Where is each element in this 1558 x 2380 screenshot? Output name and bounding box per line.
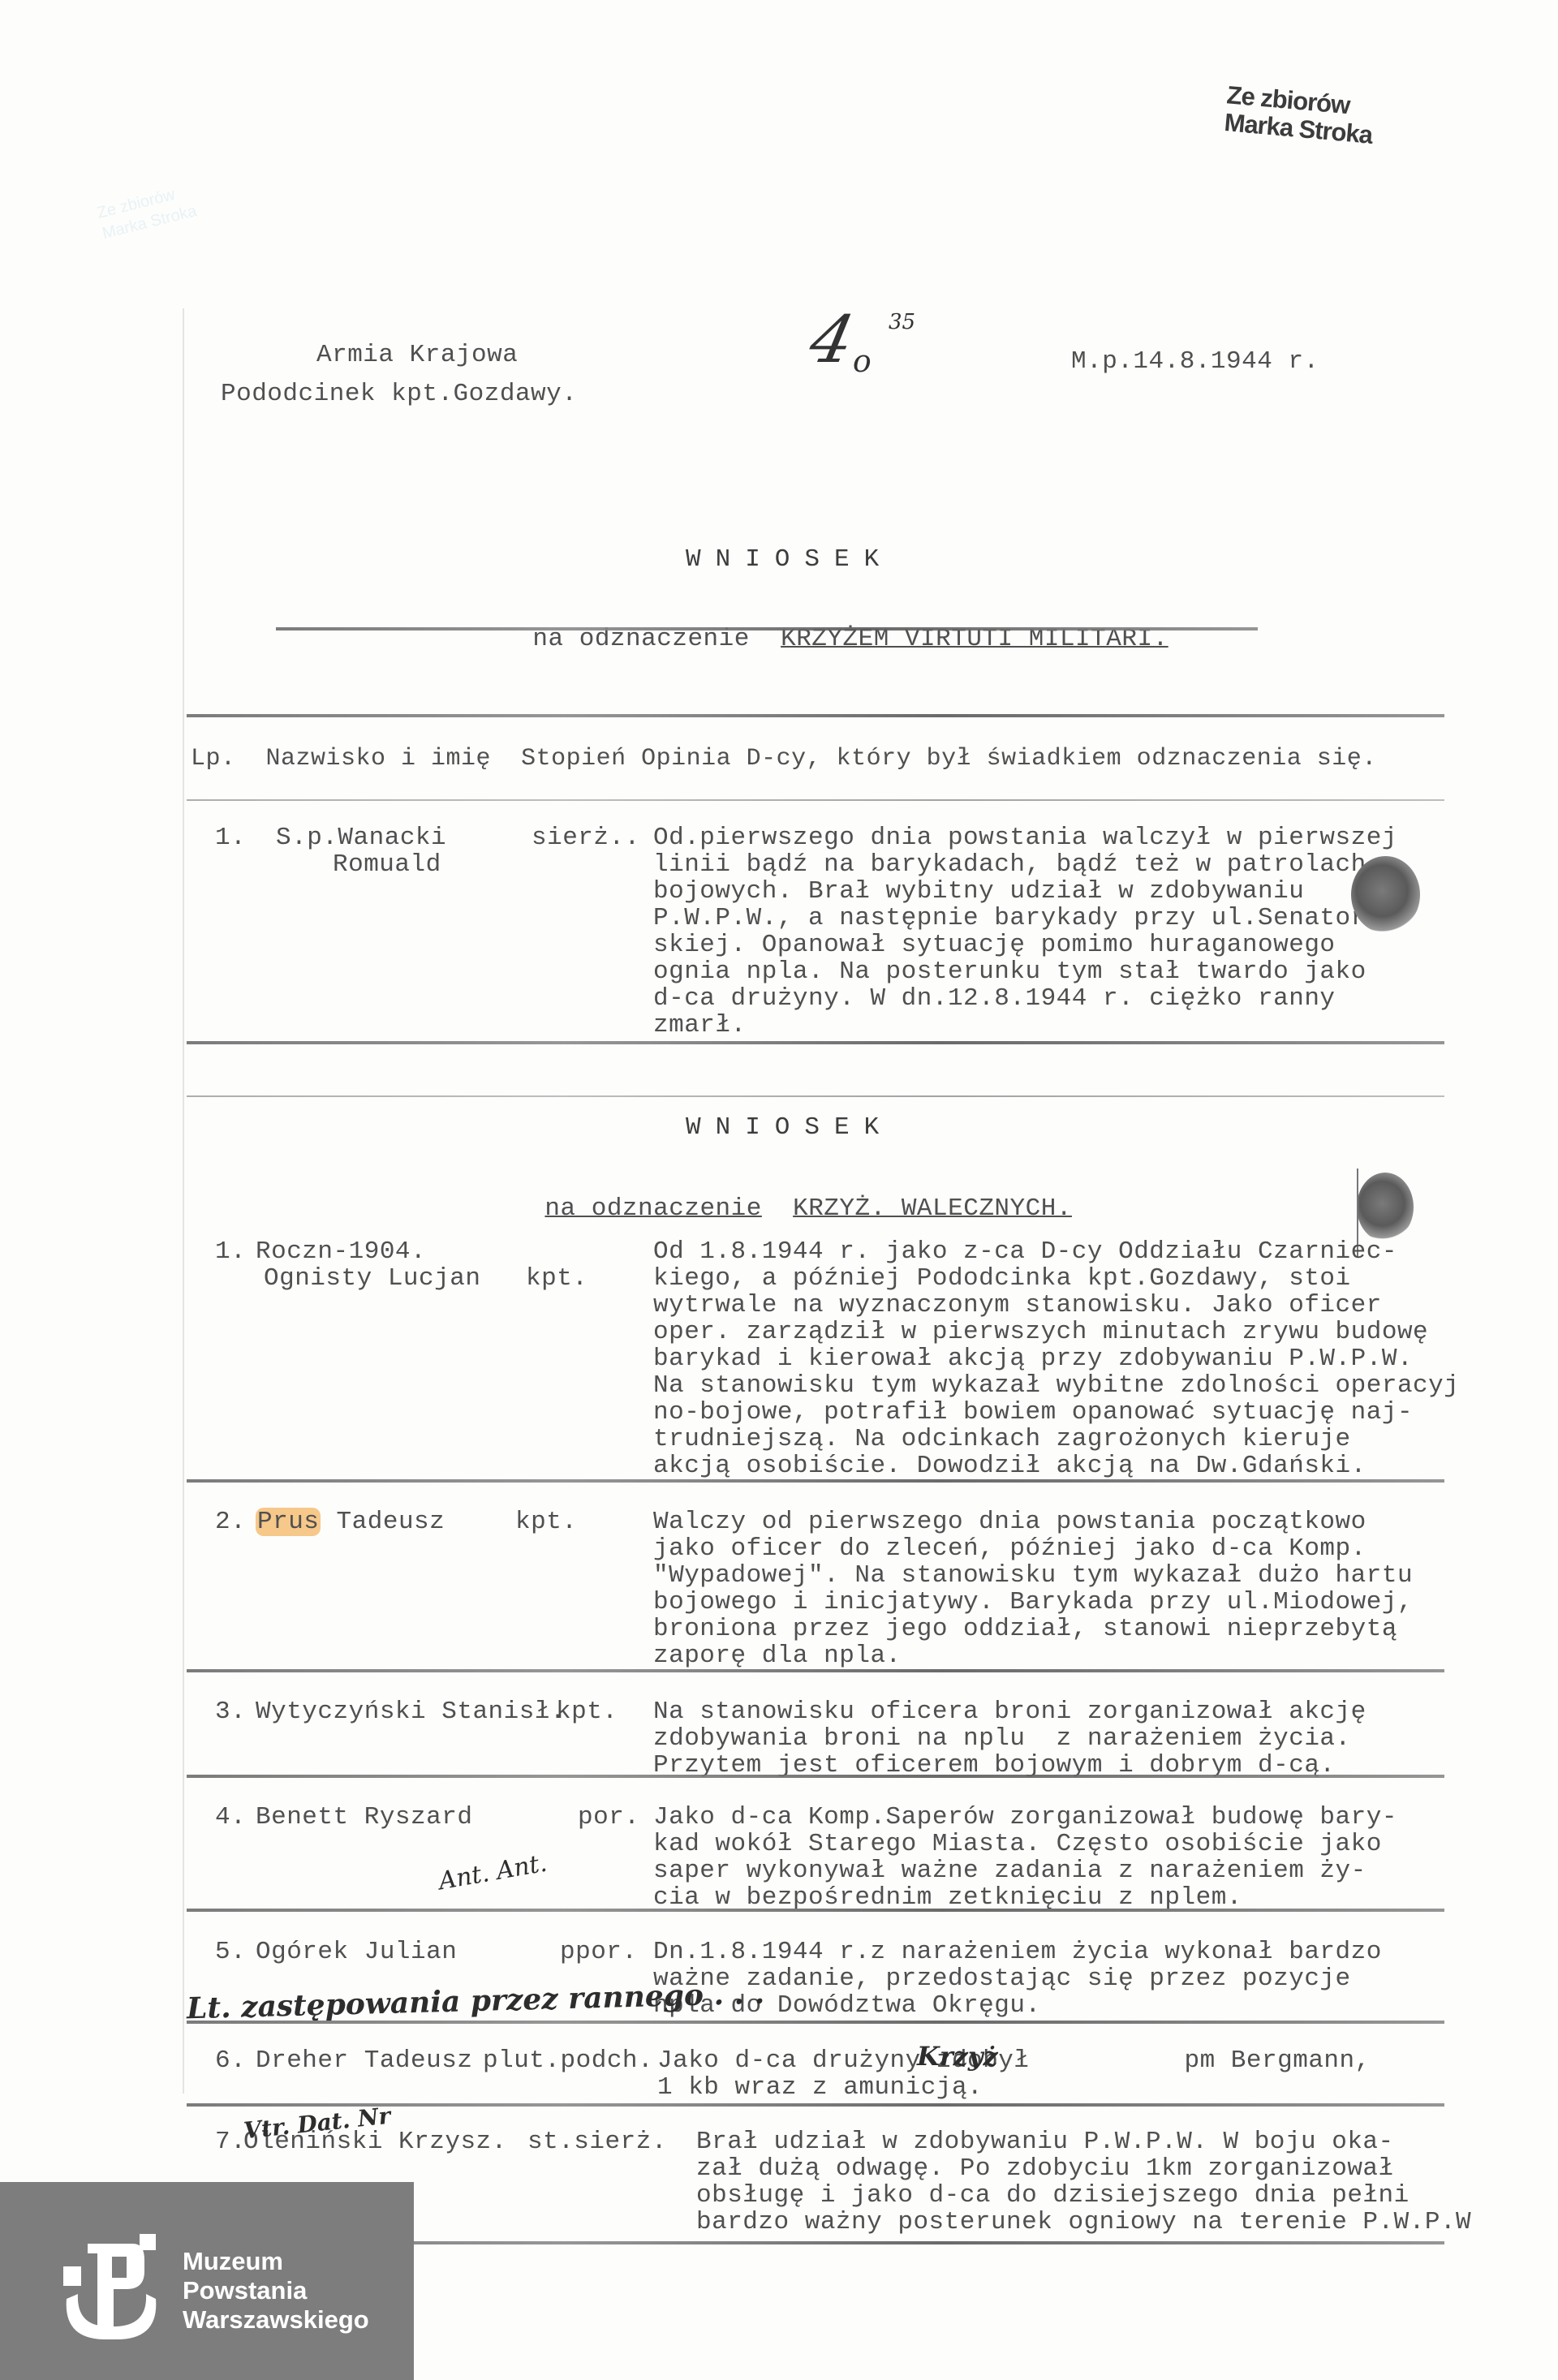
museum-name: Muzeum Powstania Warszawskiego: [183, 2247, 369, 2335]
entry-rank: st.sierż.: [527, 2128, 667, 2156]
rule: [187, 1909, 1444, 1912]
entry-name: Benett Ryszard: [256, 1803, 472, 1831]
opinion-line: broniona przez jego oddział, stanowi nie…: [653, 1615, 1397, 1643]
opinion-line: "Wypadowej". Na stanowisku tym wykazał d…: [653, 1561, 1413, 1590]
opinion-line: Jako d-ca drużyny zdobył pm Bergmann,: [657, 2046, 1371, 2075]
entry-lp: 4.: [215, 1803, 246, 1831]
entry-rank: sierż..: [532, 824, 640, 852]
entry-rank: ppor.: [560, 1938, 638, 1966]
opinion-line: linii bądź na barykadach, bądź też w pat…: [653, 850, 1366, 879]
opinion-line: Na stanowisku oficera broni zorganizował…: [653, 1698, 1366, 1726]
entry-firstname: Tadeusz: [337, 1508, 445, 1536]
museum-logo-badge: Muzeum Powstania Warszawskiego: [0, 2182, 414, 2380]
opinion-line: kad wokół Starego Miasta. Często osobiśc…: [653, 1830, 1382, 1858]
highlighted-surname: Prus: [256, 1508, 321, 1536]
opinion-line: akcją osobiście. Dowodził akcją na Dw.Gd…: [653, 1452, 1366, 1480]
handwritten-archive-number: 4o35: [811, 302, 872, 377]
entry-name-2: Ognisty Lucjan: [264, 1264, 480, 1293]
scanned-document: Ze zbiorów Marka Stroka Ze zbiorów Marka…: [0, 0, 1558, 2380]
org-line2: Pododcinek kpt.Gozdawy.: [221, 380, 577, 408]
entry-lp: 7.: [215, 2128, 246, 2156]
opinion-line: 1 kb wraz z amunicją.: [657, 2073, 983, 2102]
opinion-line: skiej. Opanował sytuację pomimo huragano…: [653, 931, 1336, 959]
rule: [276, 627, 1258, 631]
opinion-line: d-ca drużyny. W dn.12.8.1944 r. ciężko r…: [653, 984, 1336, 1013]
entry-name: Roczn-1904.: [256, 1237, 426, 1266]
entry-lp: 1.: [215, 824, 246, 852]
opinion-line: obsługę i jako d-ca do dzisiejszego dnia…: [696, 2181, 1410, 2210]
rule: [187, 714, 1444, 717]
opinion-line: Brał udział w zdobywaniu P.W.P.W. W boju…: [696, 2128, 1394, 2156]
opinion-line: zmarł.: [653, 1011, 747, 1039]
section2-title: WNIOSEK: [686, 1113, 893, 1142]
opinion-line: Na stanowisku tym wykazał wybitne zdolno…: [653, 1371, 1459, 1400]
entry-lp: 3.: [215, 1698, 246, 1726]
opinion-line: saper wykonywał ważne zadania z narażeni…: [653, 1857, 1366, 1885]
handwritten-left-note: Ant. Ant.: [437, 1849, 549, 1896]
entry-rank: kpt.: [526, 1264, 587, 1293]
ink-blot: [1357, 1173, 1414, 1242]
opinion-line: bardzo ważny posterunek ogniowy na teren…: [696, 2208, 1471, 2236]
collection-note: Ze zbiorów Marka Stroka: [1223, 81, 1375, 149]
entry-name-2: Romuald: [333, 850, 441, 879]
anchor-kotwica-icon: [55, 2229, 169, 2343]
rule: [187, 1669, 1444, 1672]
faint-collection-stamp: Ze zbiorów Marka Stroka: [95, 164, 270, 274]
opinion-line: cia w bezpośrednim zetknięciu z nplem.: [653, 1883, 1242, 1912]
entry-lp: 2.: [215, 1508, 246, 1536]
entry-name: Wytyczyński Stanisł.: [256, 1698, 566, 1726]
museum-name-line2: Powstania: [183, 2276, 369, 2305]
org-line1: Armia Krajowa: [316, 341, 518, 369]
rule: [187, 1775, 1444, 1778]
section1-subtitle: na odznaczenie KRZYŻEM VIRTUTI MILITARI.: [471, 596, 1168, 682]
rule: [187, 799, 1444, 801]
rule: [187, 1479, 1444, 1483]
rule: [187, 1041, 1444, 1044]
section1-title: WNIOSEK: [686, 545, 893, 574]
column-headers: Lp. Nazwisko i imię Stopień Opinia D-cy,…: [191, 745, 1377, 773]
opinion-line: Od.pierwszego dnia powstania walczył w p…: [653, 824, 1397, 852]
rule: [187, 2021, 1444, 2024]
entry-name: Dreher Tadeusz: [256, 2046, 472, 2075]
entry-name: Ogórek Julian: [256, 1938, 457, 1966]
handwritten-insert: Krzyż: [917, 2041, 998, 2072]
opinion-line: ognia npla. Na posterunku tym stał tward…: [653, 958, 1366, 986]
opinion-line: zaporę dla npla.: [653, 1642, 902, 1670]
opinion-line: bojowych. Brał wybitny udział w zdobywan…: [653, 877, 1304, 906]
ink-blot: [1351, 856, 1420, 933]
award-name: KRZYŻ. WALECZNYCH.: [793, 1194, 1072, 1223]
museum-name-line1: Muzeum: [183, 2247, 369, 2276]
hand-number-sup: 35: [889, 310, 915, 334]
opinion-line: barykad i kierował akcją przy zdobywaniu…: [653, 1345, 1413, 1373]
opinion-line: no-bojowe, potrafił bowiem opanować sytu…: [653, 1398, 1413, 1427]
entry-lp: 1.: [215, 1237, 246, 1266]
opinion-line: Od 1.8.1944 r. jako z-ca D-cy Oddziału C…: [653, 1237, 1397, 1266]
entry-lp: 6.: [215, 2046, 246, 2075]
opinion-line: bojowego i inicjatywy. Barykada przy ul.…: [653, 1588, 1413, 1616]
entry-lp: 5.: [215, 1938, 246, 1966]
opinion-line: trudniejszą. Na odcinkach zagrożonych ki…: [653, 1425, 1351, 1453]
entry-name: S.p.Wanacki: [276, 824, 446, 852]
opinion-line: zał dużą odwagę. Po zdobyciu 1km zorgani…: [696, 2154, 1394, 2183]
opinion-line: oper. zarządził w pierwszych minutach zr…: [653, 1318, 1428, 1346]
hand-number-sub: o: [853, 343, 872, 379]
opinion-line: P.W.P.W., a następnie barykady przy ul.S…: [653, 904, 1382, 932]
place-date: M.p.14.8.1944 r.: [1071, 347, 1319, 376]
opinion-line: Jako d-ca Komp.Saperów zorganizował budo…: [653, 1803, 1397, 1831]
margin-line: [183, 308, 184, 2094]
entry-rank: kpt.: [515, 1508, 577, 1536]
opinion-line: kiego, a później Pododcinka kpt.Gozdawy,…: [653, 1264, 1351, 1293]
opinion-line: wytrwale na wyznaczonym stanowisku. Jako…: [653, 1291, 1382, 1319]
entry-name: Prus Tadeusz: [256, 1508, 445, 1536]
entry-rank: por.: [578, 1803, 639, 1831]
opinion-line: zdobywania broni na nplu z narażeniem ży…: [653, 1724, 1351, 1753]
opinion-line: Dn.1.8.1944 r.z narażeniem życia wykonał…: [653, 1938, 1382, 1966]
rule: [187, 1095, 1444, 1097]
entry-rank: plut.podch.: [483, 2046, 653, 2075]
subtitle-prefix: na odznaczenie: [544, 1194, 761, 1223]
museum-name-line3: Warszawskiego: [183, 2305, 369, 2335]
opinion-line: jako oficer do zleceń, później jako d-ca…: [653, 1534, 1366, 1563]
entry-rank: kpt.: [556, 1698, 618, 1726]
opinion-line: Walczy od pierwszego dnia powstania pocz…: [653, 1508, 1366, 1536]
